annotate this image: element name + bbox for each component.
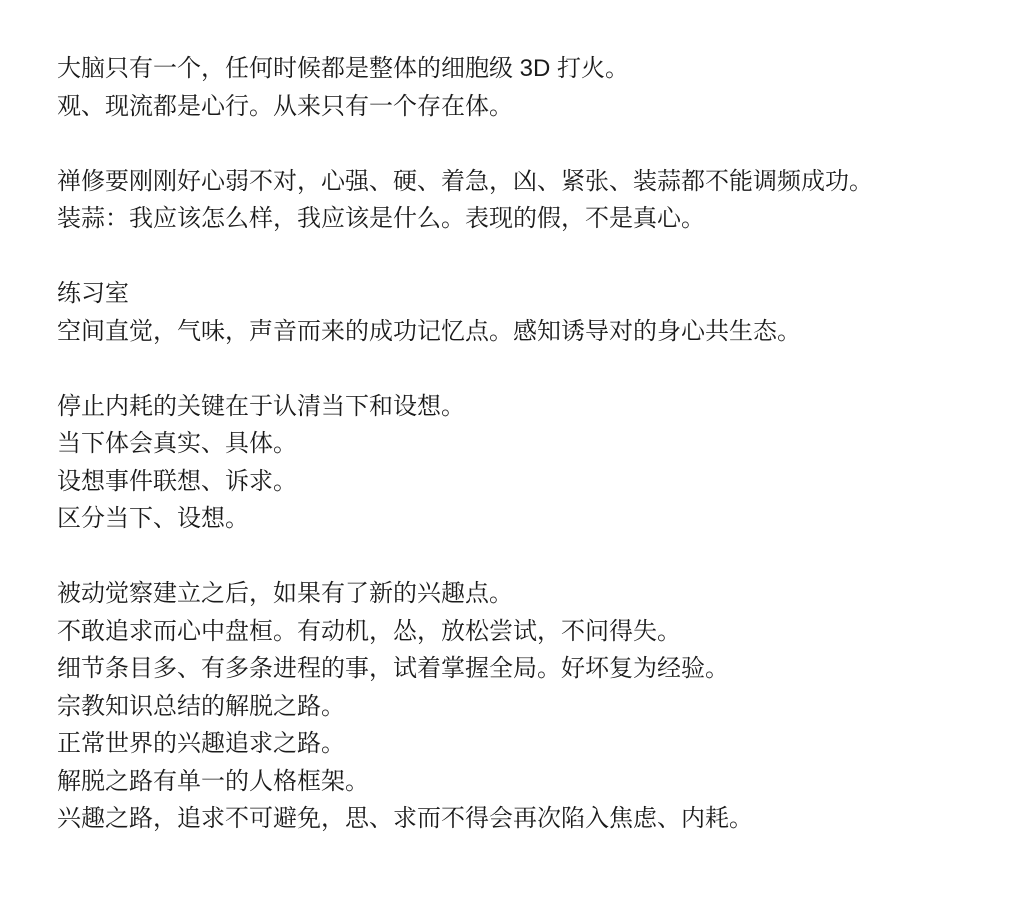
text-line: 设想事件联想、诉求。	[57, 463, 974, 501]
text-line: 兴趣之路，追求不可避免，思、求而不得会再次陷入焦虑、内耗。	[57, 800, 974, 838]
text-line: 停止内耗的关键在于认清当下和设想。	[57, 388, 974, 426]
text-line: 观、现流都是心行。从来只有一个存在体。	[57, 88, 974, 126]
text-line: 装蒜：我应该怎么样，我应该是什么。表现的假，不是真心。	[57, 200, 974, 238]
paragraph: 停止内耗的关键在于认清当下和设想。当下体会真实、具体。设想事件联想、诉求。区分当…	[57, 388, 974, 538]
text-line: 练习室	[57, 275, 974, 313]
text-line: 空间直觉，气味，声音而来的成功记忆点。感知诱导对的身心共生态。	[57, 313, 974, 351]
text-line: 细节条目多、有多条进程的事，试着掌握全局。好坏复为经验。	[57, 650, 974, 688]
paragraph: 禅修要刚刚好心弱不对，心强、硬、着急，凶、紧张、装蒜都不能调频成功。装蒜：我应该…	[57, 163, 974, 238]
text-line: 区分当下、设想。	[57, 500, 974, 538]
paragraph: 被动觉察建立之后，如果有了新的兴趣点。不敢追求而心中盘桓。有动机，怂，放松尝试，…	[57, 575, 974, 838]
text-line: 被动觉察建立之后，如果有了新的兴趣点。	[57, 575, 974, 613]
document-body: 大脑只有一个，任何时候都是整体的细胞级 3D 打火。观、现流都是心行。从来只有一…	[0, 0, 1014, 920]
paragraph: 练习室空间直觉，气味，声音而来的成功记忆点。感知诱导对的身心共生态。	[57, 275, 974, 350]
text-line: 大脑只有一个，任何时候都是整体的细胞级 3D 打火。	[57, 50, 974, 88]
text-line: 当下体会真实、具体。	[57, 425, 974, 463]
text-line: 宗教知识总结的解脱之路。	[57, 688, 974, 726]
text-line: 正常世界的兴趣追求之路。	[57, 725, 974, 763]
text-line: 不敢追求而心中盘桓。有动机，怂，放松尝试，不问得失。	[57, 613, 974, 651]
text-line: 禅修要刚刚好心弱不对，心强、硬、着急，凶、紧张、装蒜都不能调频成功。	[57, 163, 974, 201]
text-line: 解脱之路有单一的人格框架。	[57, 763, 974, 801]
paragraph: 大脑只有一个，任何时候都是整体的细胞级 3D 打火。观、现流都是心行。从来只有一…	[57, 50, 974, 125]
